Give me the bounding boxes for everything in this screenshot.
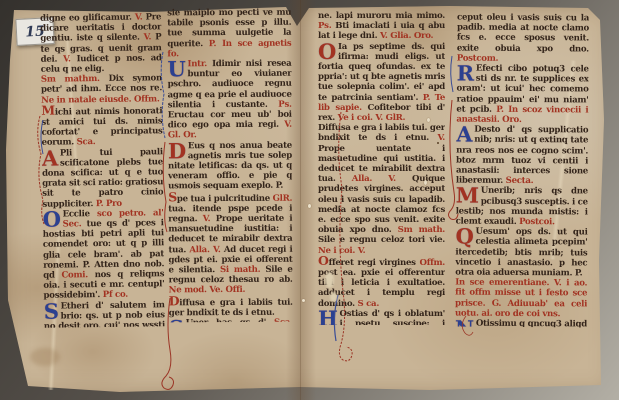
manuscript-paragraph: OEcclie sco petro. al' Sec. tue qs d' pc… (42, 208, 164, 301)
text-column-left-page-first: digne eo glificamur. V. Pre dicare uerit… (40, 12, 165, 327)
manuscript-paragraph: MUnerib; nris qs dne pcibusq3 susceptis.… (456, 186, 588, 228)
drop-cap-initial: O (42, 209, 62, 228)
rubric-text: V. Glia. Oro. (380, 31, 433, 41)
lombard-initial: M (41, 102, 55, 117)
rubric-text: V. (63, 54, 77, 64)
manuscript-paragraph: Offeret regi virgines Offm. post ea. pxi… (318, 256, 445, 309)
rubric-text: S ca. (358, 299, 380, 309)
body-text: Sile e regnu celoz tori vie. (318, 235, 445, 245)
light-parchment-patch (330, 292, 337, 302)
parchment-hole (308, 204, 311, 208)
drop-cap-initial: R (457, 64, 476, 83)
body-text: Ecclie (62, 209, 97, 219)
manuscript-paragraph: OIa ps septime ds. qui ifirma: mudi elig… (318, 42, 445, 124)
drop-cap-initial: N (455, 319, 476, 328)
parchment-hole (424, 180, 427, 185)
body-text: ichi aut nimis honorati st amici tui ds.… (41, 106, 162, 148)
manuscript-paragraph: ne. lapi muroru mia mimo. Ps. Bti imacla… (318, 11, 445, 42)
rubric-text: Sca. (77, 138, 96, 148)
manuscript-paragraph: sie maiplo mo pecti ve mu tabile psonis … (167, 8, 291, 60)
body-text: Etheri d' salutem im brio: qs. ut p nob … (44, 300, 165, 328)
manuscript-paragraph: Diffusa e gra i labiis tui. ger bndixit … (169, 295, 293, 318)
rubric-text: V. (144, 33, 156, 43)
manuscript-paragraph: Michi aut nimis honorati st amici tui ds… (41, 104, 163, 148)
drop-cap-initial: S (169, 318, 186, 322)
manuscript-paragraph: HOstias d' qs i oblatum' i psetu suscipe… (318, 309, 445, 325)
body-text: Eructau cor meu ub' boi dico ego opa mia… (168, 110, 292, 131)
rubric-text: Postcoi. (519, 217, 555, 227)
body-text: iffusa e gra i labiis tui. ger bndixit t… (169, 297, 293, 318)
parchment-hole (302, 299, 305, 302)
rubric-text: Comi. (61, 270, 94, 280)
manuscript-paragraph: ceput oleu i vasis suis cu la padib. med… (457, 13, 589, 65)
manuscript-paragraph: SUper has qs d' Sca. hostias. bndictio c… (169, 318, 293, 323)
lombard-initial: O (318, 253, 329, 268)
rubric-text: Ps. (318, 21, 335, 31)
manuscript-paragraph: REfecti cibo potuq3 cele sti ds nr. te s… (456, 64, 588, 126)
rubric-text: Si math. (220, 265, 265, 275)
parchment-hole (427, 118, 430, 122)
rubric-text: P. Pro (96, 198, 122, 208)
manuscript-paragraph: In sce emerentiane. V. i ao. fit offm mi… (455, 278, 587, 320)
rubric-text: Alla. V. (189, 245, 224, 255)
manuscript-paragraph: Diffusa e gra i labiis tui. ger bndixit … (318, 123, 445, 256)
lombard-initial: D (169, 293, 180, 308)
drop-cap-initial: A (42, 148, 60, 167)
manuscript-paragraph: NOtissimu q qncuq3 aliqd festu aploz pet… (455, 319, 587, 328)
manuscript-paragraph: Spe tua i pulcritudine GlR. tua. itende … (168, 191, 293, 296)
body-text: ne. lapi muroru mia mimo. (318, 11, 445, 21)
rubric-text: Pf co. (103, 290, 128, 300)
manuscript-photo: 15 digne eo glificamur. V. Pre dicare ue… (0, 0, 619, 400)
drop-cap-initial: M (456, 186, 481, 205)
rubric-text: Secta. (506, 176, 534, 186)
rubric-text: Sca. (274, 318, 293, 323)
drop-cap-initial: A (456, 125, 474, 144)
offset-ink-stain (30, 348, 60, 366)
drop-cap-initial: O (318, 42, 338, 61)
rubric-text: In sce emerentiane. V. i ao. fit offm mi… (455, 278, 587, 319)
text-column-left-page-second: sie maiplo mo pecti ve mu tabile psonis … (167, 8, 293, 323)
ink-speck (437, 142, 439, 144)
rubric-text: GlR. (273, 193, 293, 203)
rubric-text: V. (203, 214, 216, 224)
rubric-text: Ve i coi. V. GlR. (338, 113, 406, 123)
manuscript-paragraph: UIntr. Idimir nisi resea buntur eo viuia… (167, 59, 291, 141)
rubric-text: V. (135, 12, 146, 22)
light-parchment-patch (325, 272, 334, 288)
drop-cap-initial: S (44, 301, 61, 320)
rubric-text: Ne mod. Ve. Offi. (169, 285, 246, 295)
rubric-text: Alla. V. (352, 174, 412, 184)
body-text: fferet regi virgines (329, 258, 420, 268)
body-text: Uesum' ops ds. ut qui celestia alimeta p… (455, 227, 587, 279)
rubric-text: Postcom. (457, 53, 498, 63)
manuscript-paragraph: digne eo glificamur. V. Pre dicare uerit… (40, 12, 162, 75)
text-column-right-page-second: ceput oleu i vasis suis cu la padib. med… (455, 13, 589, 328)
body-text: pe tua i pulcritudine (177, 193, 273, 204)
drop-cap-initial: U (167, 59, 187, 78)
manuscript-paragraph: SEtheri d' salutem im brio: qs. ut p nob… (44, 300, 165, 328)
rubric-text: Sm math. (398, 225, 445, 235)
drop-cap-initial: Q (455, 227, 475, 246)
text-column-right-page-first: ne. lapi muroru mia mimo. Ps. Bti imacla… (318, 11, 445, 325)
rubric-text: Intr. (187, 59, 212, 69)
manuscript-paragraph: APli tui pauli scificatone plebs tue don… (42, 147, 164, 210)
body-text: Otissimu q qncuq3 aliqd festu aploz pet … (476, 319, 587, 328)
body-text: Diffusa e gra i labiis tui. ger bndixit … (318, 123, 445, 143)
manuscript-paragraph: DEus q nos anua beate agnetis mris tue s… (168, 140, 292, 192)
body-text: post ea. pxie ei offerentur tibi i letic… (318, 268, 445, 309)
center-fold-line (300, 0, 301, 400)
manuscript-paragraph: ADesto d' qs supplicatio nib; nris: ut q… (456, 125, 588, 187)
body-text: ceput oleu i vasis suis cu la padib. med… (457, 13, 589, 55)
drop-cap-initial: H (318, 309, 340, 325)
drop-cap-initial: D (168, 141, 188, 160)
rubric-text: Offm. (420, 258, 445, 268)
manuscript-paragraph: Sm mathm. Dix symon petr' ad ihm. Ecce n… (41, 73, 162, 105)
lombard-initial: S (168, 189, 177, 204)
rubric-text: Sm mathm. (41, 74, 109, 85)
manuscript-paragraph: QUesum' ops ds. ut qui celestia alimeta … (455, 227, 587, 279)
body-text: Uper has qs d' (186, 318, 274, 322)
rubric-text: Ps. (278, 100, 291, 110)
